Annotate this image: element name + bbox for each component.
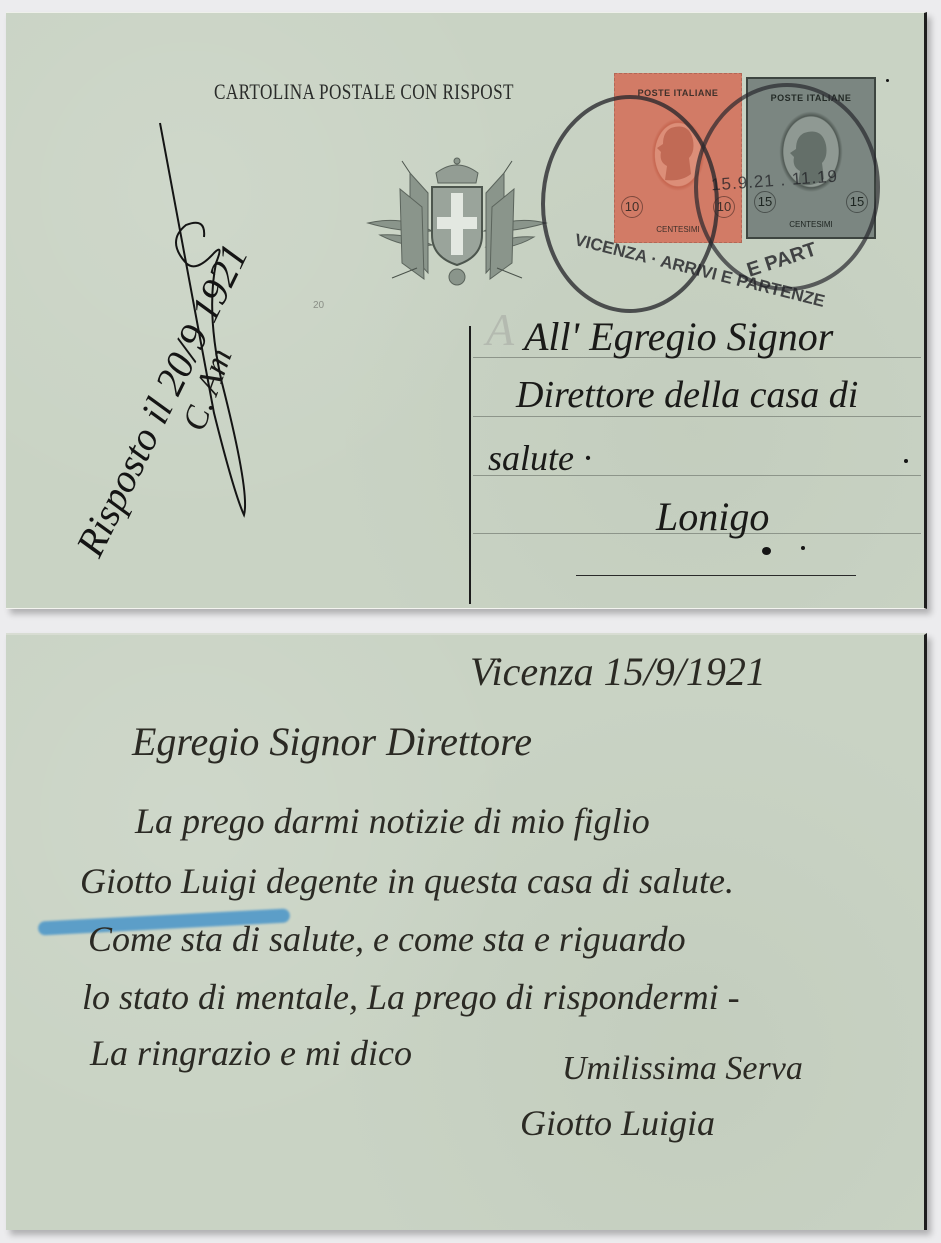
letter-line: La prego darmi notizie di mio figlio: [135, 800, 650, 842]
letter-closing: Umilissima Serva: [562, 1050, 803, 1088]
print-number: 20: [313, 300, 324, 311]
address-line-4: Lonigo: [656, 493, 769, 540]
ink-dot: [886, 79, 889, 82]
address-divider: [469, 326, 471, 604]
savoy-coat-of-arms-icon: [362, 153, 552, 293]
address-line-3: salute ·: [488, 437, 592, 479]
letter-salutation: Egregio Signor Direttore: [132, 718, 532, 765]
letter-line: La ringrazio e mi dico: [90, 1032, 412, 1074]
postcard-front: CARTOLINA POSTALE CON RISPOST 20 POSTE I…: [6, 12, 927, 609]
ink-dot: [904, 459, 908, 463]
letter-date: Vicenza 15/9/1921: [470, 648, 766, 695]
ink-dot: [801, 546, 805, 550]
printed-address-prefix: A: [486, 303, 514, 356]
letter-line: Come sta di salute, e come sta e riguard…: [88, 918, 686, 960]
postmark-circle: [541, 95, 719, 313]
letter-line: lo stato di mentale, La prego di rispond…: [82, 976, 740, 1018]
letter-signature: Giotto Luigia: [520, 1102, 715, 1144]
printed-title: CARTOLINA POSTALE CON RISPOST: [214, 79, 514, 105]
signature-flourish-icon: [146, 113, 266, 533]
address-line-2: Direttore della casa di: [516, 373, 858, 417]
address-underline: [576, 575, 856, 576]
address-line-1: All' Egregio Signor: [524, 313, 833, 360]
letter-line: Giotto Luigi degente in questa casa di s…: [80, 860, 734, 902]
ink-blot: [762, 547, 771, 555]
